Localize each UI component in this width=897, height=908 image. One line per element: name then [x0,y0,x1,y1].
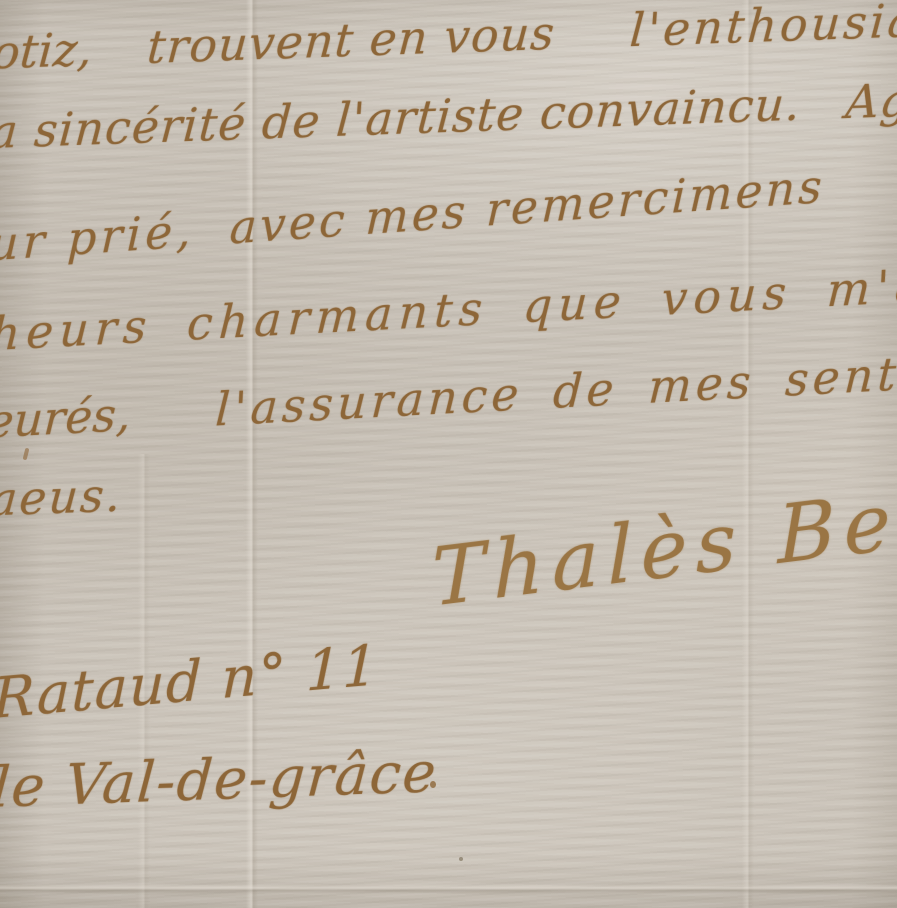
handwriting-fragment: trouvent en vous [145,6,557,74]
handwriting-fragment: l'assurance de mes sentime [214,341,897,436]
letter-photograph: otiz,trouvent en vousl'enthousiasm a sin… [0,0,897,908]
handwriting-fragment: Rataud n° 11 [0,633,379,732]
handwriting-line-3: ur prié,avec mes remercimensf [0,149,897,272]
address-line-1: Rataud n° 11 [0,633,382,732]
handwriting-fragment: avec mes remercimens [229,159,826,255]
handwriting-fragment: l'enthousiasm [628,0,897,57]
signature: Thalès Ber [426,469,897,624]
handwriting-fragment: heurs charmants que vous m'avez [0,253,897,361]
handwriting-line-6: aeus. [0,468,123,527]
handwriting-fragment: eurés, [0,387,132,449]
handwriting-fragment: aeus. [0,468,124,527]
ink-speck [430,781,436,788]
handwriting-fragment: Agré [844,71,897,129]
handwriting-fragment: ur prié, [0,203,196,272]
fold-crease-horizontal-bottom [0,884,897,894]
signature-text: Thalès Ber [431,468,897,624]
ink-speck [23,448,30,461]
handwriting-fragment: otiz, [0,22,94,80]
handwriting-line-2: a sincérité de l'artiste convaincu.Agré [0,71,897,159]
handwriting-fragment: le Val-de-grâce [0,740,439,821]
address-line-2: le Val-de-grâce [0,740,438,821]
ink-speck [459,857,463,861]
fold-crease-vertical-right [742,0,754,908]
handwriting-fragment: a sincérité de l'artiste convaincu. [0,77,803,159]
handwriting-line-1: otiz,trouvent en vousl'enthousiasm [0,0,897,79]
handwriting-line-5: eurés,l'assurance de mes sentime [0,342,897,449]
handwriting-line-4: heurs charmants que vous m'avez [0,253,897,361]
